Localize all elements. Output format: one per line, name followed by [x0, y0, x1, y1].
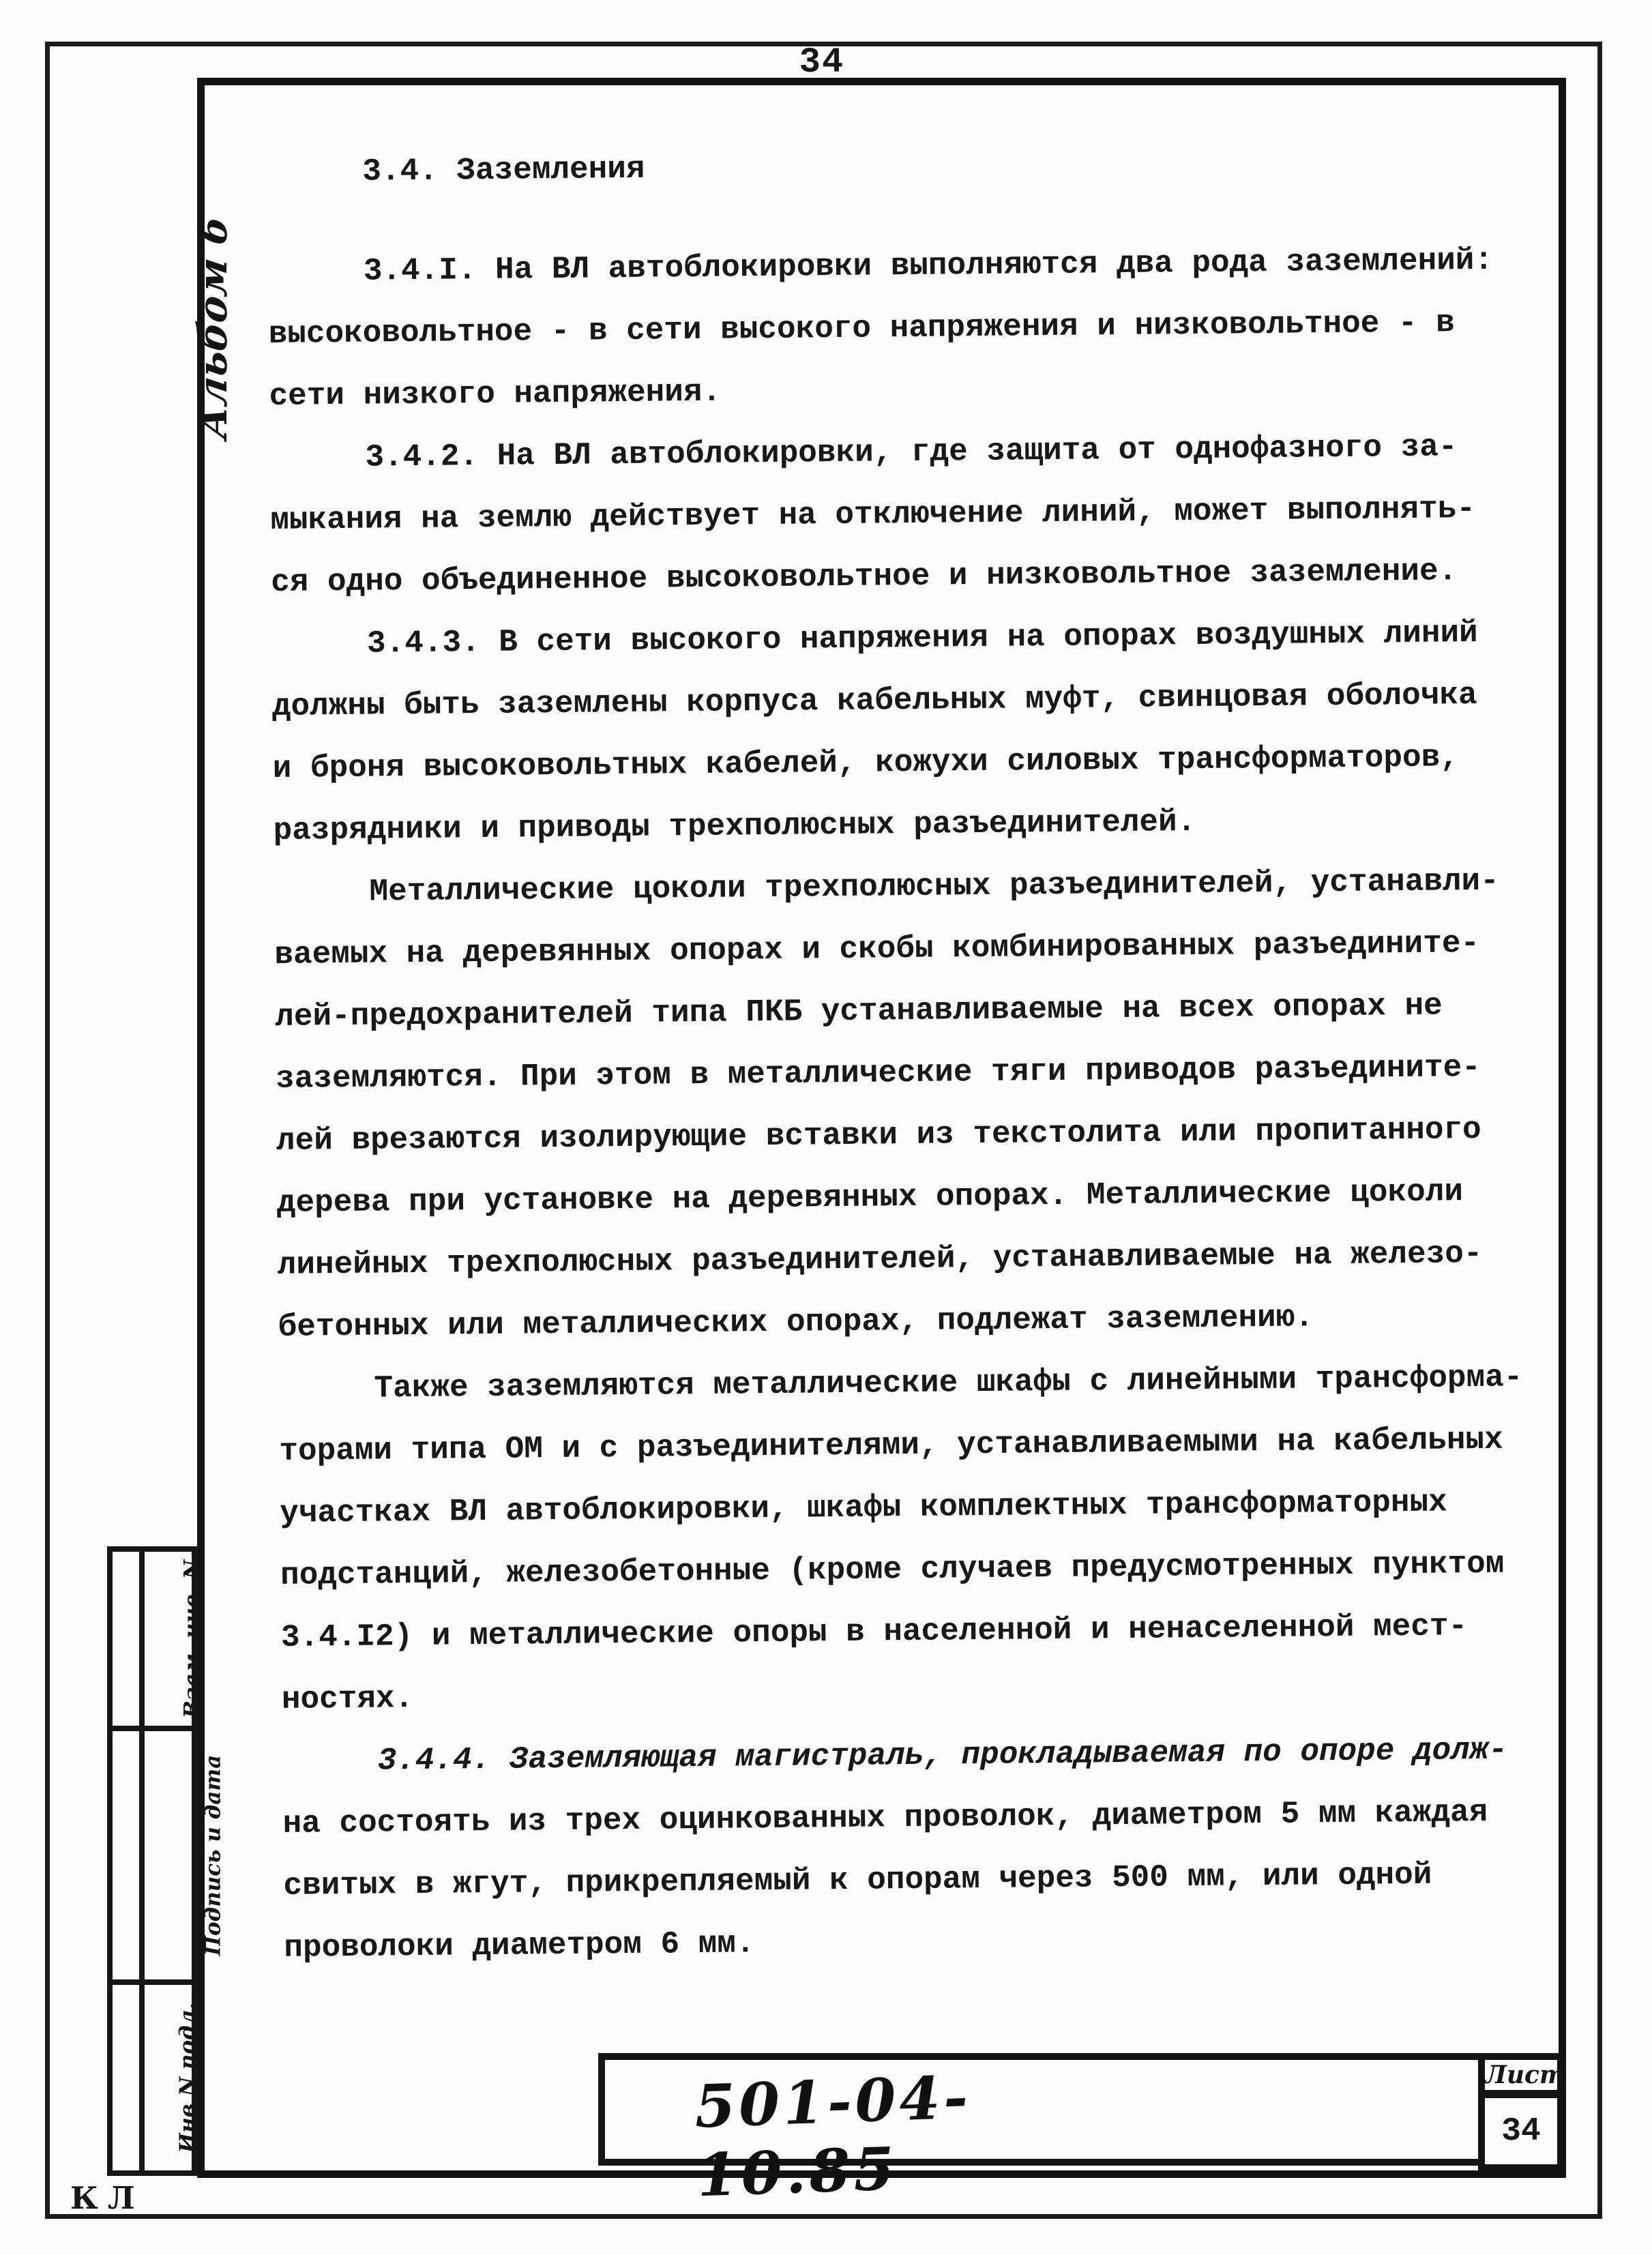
text-line: на состоять из трех оцинкованных проволо…: [282, 1781, 1538, 1855]
text-line: подстанций, железобетонные (кроме случае…: [280, 1533, 1536, 1607]
stamp-label: Подпись и дата: [201, 1755, 225, 1956]
stamp-cell-podpis-data-empty: [139, 1726, 197, 1985]
text-line: Также заземляются металлические шкафы с …: [278, 1346, 1534, 1421]
document-code-handwritten: 501-04-10.85: [694, 2059, 1108, 2211]
text-line: проволоки диаметром 6 мм.: [284, 1905, 1539, 1979]
text-line: участках ВЛ автоблокировки, шкафы компле…: [280, 1471, 1535, 1545]
text-line: сети низкого напряжения.: [269, 353, 1524, 428]
sheet-label-cell: Лист: [1478, 2053, 1564, 2097]
text-line: высоковольтное - в сети высокого напряже…: [268, 291, 1524, 366]
stamp-cell-vzam-inv-empty: [139, 1546, 197, 1731]
stamp-cell-inv-podl-empty: [139, 1979, 197, 2176]
sheet-number-cell: 34: [1478, 2091, 1564, 2171]
document-text: 3.4. Заземления3.4.I. На ВЛ автоблокиров…: [267, 130, 1539, 1979]
text-line: 3.4.I. На ВЛ автоблокировки выполняются …: [267, 229, 1523, 304]
corner-mark: КЛ: [70, 2180, 145, 2216]
text-line: лей врезаются изолирующие вставки из тек…: [276, 1098, 1532, 1173]
text-line: разрядники и приводы трехполюсных разъед…: [273, 788, 1529, 862]
text-line: дерева при установке на деревянных опора…: [277, 1160, 1533, 1235]
text-line: ностях.: [281, 1657, 1537, 1731]
text-line: 3.4.3. В сети высокого напряжения на опо…: [271, 602, 1527, 676]
text-line: 3.4.I2) и металлические опоры в населенн…: [281, 1595, 1537, 1669]
page-number-top: 34: [774, 42, 870, 83]
text-line: 3.4.4. Заземляющая магистраль, прокладыв…: [282, 1719, 1537, 1793]
text-line: заземляются. При этом в металлические тя…: [276, 1036, 1531, 1110]
text-line: бетонных или металлических опорах, подле…: [278, 1284, 1533, 1359]
scanned-document-page: 34 Альбом 6 Взам. инв. N Подпись и дата …: [0, 0, 1652, 2255]
album-label-container: Альбом 6: [102, 225, 246, 430]
text-line: линейных трехполюсных разъединителей, ус…: [277, 1222, 1533, 1297]
text-line: лей-предохранителей типа ПКБ устанавлива…: [275, 974, 1531, 1048]
text-line: 3.4. Заземления: [267, 130, 1522, 204]
text-line: 3.4.2. На ВЛ автоблокировки, где защита …: [269, 415, 1525, 490]
text-line: Металлические цоколи трехполюсных разъед…: [274, 850, 1529, 924]
album-label: Альбом 6: [190, 213, 236, 441]
text-line: торами типа ОМ и с разъединителями, уста…: [279, 1409, 1535, 1483]
text-line: свитых в жгут, прикрепляемый к опорам че…: [283, 1843, 1539, 1917]
text-line: ся одно объединенное высоковольтное и ни…: [271, 540, 1526, 614]
text-line: ваемых на деревянных опорах и скобы комб…: [274, 912, 1530, 986]
text-line: мыкания на землю действует на отключение…: [270, 477, 1526, 552]
text-line: и броня высоковольтных кабелей, кожухи с…: [272, 726, 1528, 800]
text-line: должны быть заземлены корпуса кабельных …: [272, 664, 1528, 738]
